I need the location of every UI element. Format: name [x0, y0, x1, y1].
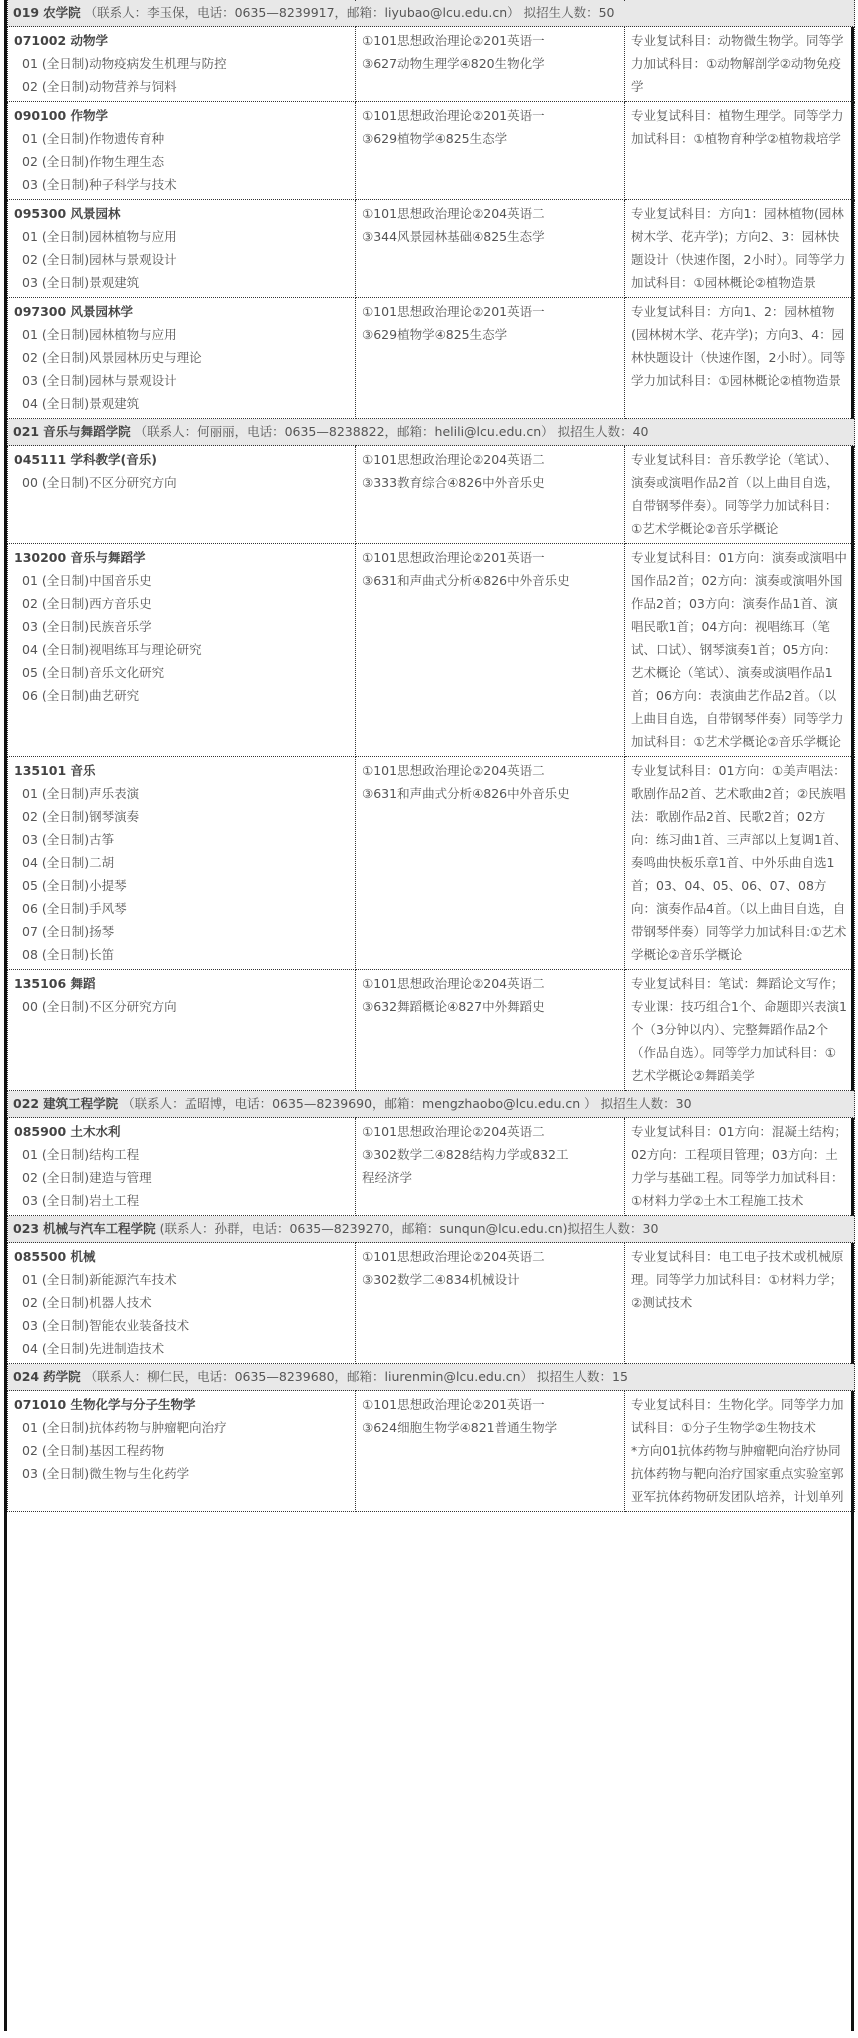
retest-subjects-cell: 专业复试科目：01方向：①美声唱法：歌剧作品2首、艺术歌曲2首；②民族唱法：歌剧…: [625, 757, 855, 970]
college-header: 023 机械与汽车工程学院 (联系人：孙群，电话：0635—8239270，邮箱…: [8, 1216, 855, 1243]
retest-subjects: 专业复试科目：方向1：园林植物(园林树木学、花卉学)；方向2、3：园林快题设计（…: [631, 206, 845, 290]
retest-subjects: 专业复试科目：植物生理学。同等学力加试科目：①植物育种学②植物栽培学: [631, 108, 844, 146]
research-directions: 01 (全日制)作物遗传育种02 (全日制)作物生理生态03 (全日制)种子科学…: [14, 127, 349, 196]
exam-subjects-cell: ①101思想政治理论②201英语一③629植物学④825生态学: [356, 102, 625, 200]
exam-subject-line: ①101思想政治理论②201英语一: [362, 546, 618, 569]
college-name: 建筑工程学院: [43, 1096, 118, 1111]
research-direction: 00 (全日制)不区分研究方向: [14, 995, 349, 1018]
major-title: 045111 学科教学(音乐): [14, 448, 349, 471]
retest-subjects: 专业复试科目：动物微生物学。同等学力加试科目：①动物解剖学②动物免疫学: [631, 33, 844, 94]
college-code: 024: [13, 1369, 39, 1384]
major-cell: 130200 音乐与舞蹈学 01 (全日制)中国音乐史02 (全日制)西方音乐史…: [8, 544, 356, 757]
research-direction: 04 (全日制)视唱练耳与理论研究: [14, 638, 349, 661]
college-header: 019 农学院 （联系人：李玉保，电话：0635—8239917，邮箱：liyu…: [8, 0, 855, 27]
exam-subject-line: ③302数学二④828结构力学或832工: [362, 1143, 618, 1166]
exam-subject-line: ③333教育综合④826中外音乐史: [362, 471, 618, 494]
exam-subjects-cell: ①101思想政治理论②204英语二③302数学二④828结构力学或832工程经济…: [356, 1118, 625, 1216]
exam-subject-line: ③631和声曲式分析④826中外音乐史: [362, 569, 618, 592]
exam-subjects-cell: ①101思想政治理论②201英语一③631和声曲式分析④826中外音乐史: [356, 544, 625, 757]
research-direction: 02 (全日制)基因工程药物: [14, 1439, 349, 1462]
college-header-row: 023 机械与汽车工程学院 (联系人：孙群，电话：0635—8239270，邮箱…: [8, 1216, 855, 1243]
retest-subjects-cell: 专业复试科目：植物生理学。同等学力加试科目：①植物育种学②植物栽培学: [625, 102, 855, 200]
college-name: 音乐与舞蹈学院: [43, 424, 131, 439]
admissions-table: 019 农学院 （联系人：李玉保，电话：0635—8239917，邮箱：liyu…: [7, 0, 855, 1512]
college-code: 019: [13, 5, 39, 20]
research-direction: 03 (全日制)智能农业装备技术: [14, 1314, 349, 1337]
exam-subject-line: ③631和声曲式分析④826中外音乐史: [362, 782, 618, 805]
major-row: 085500 机械 01 (全日制)新能源汽车技术02 (全日制)机器人技术03…: [8, 1243, 855, 1364]
major-cell: 097300 风景园林学 01 (全日制)园林植物与应用02 (全日制)风景园林…: [8, 298, 356, 419]
research-direction: 01 (全日制)园林植物与应用: [14, 225, 349, 248]
retest-subjects-cell: 专业复试科目：动物微生物学。同等学力加试科目：①动物解剖学②动物免疫学: [625, 27, 855, 102]
retest-subjects: 专业复试科目：生物化学。同等学力加试科目：①分子生物学②生物技术: [631, 1397, 844, 1435]
college-header: 024 药学院 （联系人：柳仁民，电话：0635—8239680，邮箱：liur…: [8, 1364, 855, 1391]
research-direction: 02 (全日制)西方音乐史: [14, 592, 349, 615]
research-direction: 02 (全日制)机器人技术: [14, 1291, 349, 1314]
research-direction: 03 (全日制)园林与景观设计: [14, 369, 349, 392]
college-contact-info: （联系人：何丽丽，电话：0635—8238822，邮箱：helili@lcu.e…: [131, 424, 649, 439]
retest-subjects: 专业复试科目：笔试：舞蹈论文写作；专业课：技巧组合1个、命题即兴表演1个（3分钟…: [631, 976, 847, 1083]
exam-subject-line: ③629植物学④825生态学: [362, 127, 618, 150]
admissions-catalog: 019 农学院 （联系人：李玉保，电话：0635—8239917，邮箱：liyu…: [4, 0, 855, 1512]
exam-subject-line: ①101思想政治理论②204英语二: [362, 759, 618, 782]
major-cell: 085900 土木水利 01 (全日制)结构工程02 (全日制)建造与管理03 …: [8, 1118, 356, 1216]
exam-subject-line: ③632舞蹈概论④827中外舞蹈史: [362, 995, 618, 1018]
major-row: 071010 生物化学与分子生物学 01 (全日制)抗体药物与肿瘤靶向治疗02 …: [8, 1391, 855, 1512]
retest-subjects-cell: 专业复试科目：电工电子技术或机械原理。同等学力加试科目：①材料力学；②测试技术: [625, 1243, 855, 1364]
college-header-row: 019 农学院 （联系人：李玉保，电话：0635—8239917，邮箱：liyu…: [8, 0, 855, 27]
exam-subjects-cell: ①101思想政治理论②201英语一③629植物学④825生态学: [356, 298, 625, 419]
research-directions: 01 (全日制)园林植物与应用02 (全日制)园林与景观设计03 (全日制)景观…: [14, 225, 349, 294]
major-title: 085500 机械: [14, 1245, 349, 1268]
exam-subject-line: ①101思想政治理论②204英语二: [362, 202, 618, 225]
retest-note: *方向01抗体药物与肿瘤靶向治疗协同抗体药物与靶向治疗国家重点实验室郭亚军抗体药…: [631, 1439, 848, 1508]
research-direction: 02 (全日制)动物营养与饲料: [14, 75, 349, 98]
exam-subjects-cell: ①101思想政治理论②201英语一③627动物生理学④820生物化学: [356, 27, 625, 102]
college-header: 021 音乐与舞蹈学院 （联系人：何丽丽，电话：0635—8238822，邮箱：…: [8, 419, 855, 446]
exam-subject-line: ①101思想政治理论②204英语二: [362, 972, 618, 995]
research-direction: 05 (全日制)音乐文化研究: [14, 661, 349, 684]
research-direction: 06 (全日制)曲艺研究: [14, 684, 349, 707]
college-name: 农学院: [43, 5, 81, 20]
research-direction: 04 (全日制)二胡: [14, 851, 349, 874]
college-code: 022: [13, 1096, 39, 1111]
research-directions: 01 (全日制)动物疫病发生机理与防控02 (全日制)动物营养与饲料: [14, 52, 349, 98]
research-directions: 01 (全日制)中国音乐史02 (全日制)西方音乐史03 (全日制)民族音乐学0…: [14, 569, 349, 707]
retest-subjects: 专业复试科目：01方向：演奏或演唱中国作品2首；02方向：演奏或演唱外国作品2首…: [631, 550, 847, 749]
retest-subjects-cell: 专业复试科目：01方向：演奏或演唱中国作品2首；02方向：演奏或演唱外国作品2首…: [625, 544, 855, 757]
major-row: 135101 音乐 01 (全日制)声乐表演02 (全日制)钢琴演奏03 (全日…: [8, 757, 855, 970]
research-direction: 04 (全日制)景观建筑: [14, 392, 349, 415]
major-cell: 071002 动物学 01 (全日制)动物疫病发生机理与防控02 (全日制)动物…: [8, 27, 356, 102]
exam-subject-line: ①101思想政治理论②204英语二: [362, 1245, 618, 1268]
major-cell: 135106 舞蹈 00 (全日制)不区分研究方向: [8, 970, 356, 1091]
major-title: 095300 风景园林: [14, 202, 349, 225]
major-title: 135101 音乐: [14, 759, 349, 782]
college-header-row: 022 建筑工程学院 （联系人：孟昭博，电话：0635—8239690，邮箱：m…: [8, 1091, 855, 1118]
research-directions: 01 (全日制)结构工程02 (全日制)建造与管理03 (全日制)岩土工程: [14, 1143, 349, 1212]
research-directions: 01 (全日制)园林植物与应用02 (全日制)风景园林历史与理论03 (全日制)…: [14, 323, 349, 415]
major-title: 071002 动物学: [14, 29, 349, 52]
college-header-row: 021 音乐与舞蹈学院 （联系人：何丽丽，电话：0635—8238822，邮箱：…: [8, 419, 855, 446]
exam-subjects-cell: ①101思想政治理论②204英语二③333教育综合④826中外音乐史: [356, 446, 625, 544]
college-code: 023: [13, 1221, 39, 1236]
major-title: 071010 生物化学与分子生物学: [14, 1393, 349, 1416]
major-cell: 135101 音乐 01 (全日制)声乐表演02 (全日制)钢琴演奏03 (全日…: [8, 757, 356, 970]
major-cell: 085500 机械 01 (全日制)新能源汽车技术02 (全日制)机器人技术03…: [8, 1243, 356, 1364]
research-direction: 05 (全日制)小提琴: [14, 874, 349, 897]
retest-subjects: 专业复试科目：01方向：混凝土结构；02方向：工程项目管理；03方向：土力学与基…: [631, 1124, 847, 1208]
retest-subjects-cell: 专业复试科目：方向1、2：园林植物(园林树木学、花卉学)；方向3、4：园林快题设…: [625, 298, 855, 419]
major-row: 135106 舞蹈 00 (全日制)不区分研究方向 ①101思想政治理论②204…: [8, 970, 855, 1091]
exam-subject-line: 程经济学: [362, 1166, 618, 1189]
major-title: 135106 舞蹈: [14, 972, 349, 995]
major-title: 085900 土木水利: [14, 1120, 349, 1143]
research-direction: 01 (全日制)声乐表演: [14, 782, 349, 805]
research-direction: 01 (全日制)园林植物与应用: [14, 323, 349, 346]
exam-subject-line: ①101思想政治理论②201英语一: [362, 104, 618, 127]
research-direction: 01 (全日制)中国音乐史: [14, 569, 349, 592]
college-name: 机械与汽车工程学院: [43, 1221, 156, 1236]
research-direction: 01 (全日制)结构工程: [14, 1143, 349, 1166]
research-direction: 03 (全日制)民族音乐学: [14, 615, 349, 638]
major-cell: 045111 学科教学(音乐) 00 (全日制)不区分研究方向: [8, 446, 356, 544]
major-row: 090100 作物学 01 (全日制)作物遗传育种02 (全日制)作物生理生态0…: [8, 102, 855, 200]
research-direction: 03 (全日制)古筝: [14, 828, 349, 851]
exam-subject-line: ③624细胞生物学④821普通生物学: [362, 1416, 618, 1439]
research-direction: 02 (全日制)作物生理生态: [14, 150, 349, 173]
research-direction: 03 (全日制)岩土工程: [14, 1189, 349, 1212]
college-contact-info: （联系人：柳仁民，电话：0635—8239680，邮箱：liurenmin@lc…: [81, 1369, 628, 1384]
retest-subjects: 专业复试科目：电工电子技术或机械原理。同等学力加试科目：①材料力学；②测试技术: [631, 1249, 844, 1310]
retest-subjects-cell: 专业复试科目：生物化学。同等学力加试科目：①分子生物学②生物技术 *方向01抗体…: [625, 1391, 855, 1512]
major-row: 095300 风景园林 01 (全日制)园林植物与应用02 (全日制)园林与景观…: [8, 200, 855, 298]
research-direction: 01 (全日制)作物遗传育种: [14, 127, 349, 150]
exam-subject-line: ①101思想政治理论②201英语一: [362, 29, 618, 52]
major-row: 097300 风景园林学 01 (全日制)园林植物与应用02 (全日制)风景园林…: [8, 298, 855, 419]
college-header-row: 024 药学院 （联系人：柳仁民，电话：0635—8239680，邮箱：liur…: [8, 1364, 855, 1391]
college-contact-info: （联系人：李玉保，电话：0635—8239917，邮箱：liyubao@lcu.…: [81, 5, 615, 20]
research-direction: 08 (全日制)长笛: [14, 943, 349, 966]
retest-subjects-cell: 专业复试科目：方向1：园林植物(园林树木学、花卉学)；方向2、3：园林快题设计（…: [625, 200, 855, 298]
research-directions: 01 (全日制)新能源汽车技术02 (全日制)机器人技术03 (全日制)智能农业…: [14, 1268, 349, 1360]
major-row: 045111 学科教学(音乐) 00 (全日制)不区分研究方向 ①101思想政治…: [8, 446, 855, 544]
major-row: 085900 土木水利 01 (全日制)结构工程02 (全日制)建造与管理03 …: [8, 1118, 855, 1216]
research-direction: 02 (全日制)风景园林历史与理论: [14, 346, 349, 369]
retest-subjects: 专业复试科目：音乐教学论（笔试）、演奏或演唱作品2首（以上曲目自选，自带钢琴伴奏…: [631, 452, 839, 536]
research-direction: 04 (全日制)先进制造技术: [14, 1337, 349, 1360]
exam-subjects-cell: ①101思想政治理论②204英语二③632舞蹈概论④827中外舞蹈史: [356, 970, 625, 1091]
exam-subjects-cell: ①101思想政治理论②204英语二③631和声曲式分析④826中外音乐史: [356, 757, 625, 970]
college-contact-info: （联系人：孟昭博，电话：0635—8239690，邮箱：mengzhaobo@l…: [118, 1096, 691, 1111]
major-cell: 071010 生物化学与分子生物学 01 (全日制)抗体药物与肿瘤靶向治疗02 …: [8, 1391, 356, 1512]
exam-subject-line: ①101思想政治理论②201英语一: [362, 1393, 618, 1416]
college-header: 022 建筑工程学院 （联系人：孟昭博，电话：0635—8239690，邮箱：m…: [8, 1091, 855, 1118]
retest-subjects: 专业复试科目：方向1、2：园林植物(园林树木学、花卉学)；方向3、4：园林快题设…: [631, 304, 845, 388]
exam-subject-line: ③629植物学④825生态学: [362, 323, 618, 346]
research-direction: 01 (全日制)抗体药物与肿瘤靶向治疗: [14, 1416, 349, 1439]
college-code: 021: [13, 424, 39, 439]
exam-subjects-cell: ①101思想政治理论②204英语二③302数学二④834机械设计: [356, 1243, 625, 1364]
research-direction: 03 (全日制)微生物与生化药学: [14, 1462, 349, 1485]
research-direction: 06 (全日制)手风琴: [14, 897, 349, 920]
major-cell: 095300 风景园林 01 (全日制)园林植物与应用02 (全日制)园林与景观…: [8, 200, 356, 298]
exam-subject-line: ①101思想政治理论②204英语二: [362, 448, 618, 471]
retest-subjects-cell: 专业复试科目：音乐教学论（笔试）、演奏或演唱作品2首（以上曲目自选，自带钢琴伴奏…: [625, 446, 855, 544]
exam-subject-line: ③627动物生理学④820生物化学: [362, 52, 618, 75]
major-title: 097300 风景园林学: [14, 300, 349, 323]
retest-subjects-cell: 专业复试科目：笔试：舞蹈论文写作；专业课：技巧组合1个、命题即兴表演1个（3分钟…: [625, 970, 855, 1091]
research-direction: 02 (全日制)园林与景观设计: [14, 248, 349, 271]
major-row: 071002 动物学 01 (全日制)动物疫病发生机理与防控02 (全日制)动物…: [8, 27, 855, 102]
research-directions: 01 (全日制)抗体药物与肿瘤靶向治疗02 (全日制)基因工程药物03 (全日制…: [14, 1416, 349, 1485]
major-row: 130200 音乐与舞蹈学 01 (全日制)中国音乐史02 (全日制)西方音乐史…: [8, 544, 855, 757]
college-contact-info: (联系人：孙群，电话：0635—8239270，邮箱：sunqun@lcu.ed…: [156, 1221, 659, 1236]
research-directions: 00 (全日制)不区分研究方向: [14, 471, 349, 494]
college-name: 药学院: [43, 1369, 81, 1384]
research-directions: 01 (全日制)声乐表演02 (全日制)钢琴演奏03 (全日制)古筝04 (全日…: [14, 782, 349, 966]
research-direction: 01 (全日制)动物疫病发生机理与防控: [14, 52, 349, 75]
research-direction: 02 (全日制)钢琴演奏: [14, 805, 349, 828]
research-directions: 00 (全日制)不区分研究方向: [14, 995, 349, 1018]
retest-subjects-cell: 专业复试科目：01方向：混凝土结构；02方向：工程项目管理；03方向：土力学与基…: [625, 1118, 855, 1216]
retest-subjects: 专业复试科目：01方向：①美声唱法：歌剧作品2首、艺术歌曲2首；②民族唱法：歌剧…: [631, 763, 847, 962]
research-direction: 02 (全日制)建造与管理: [14, 1166, 349, 1189]
exam-subjects-cell: ①101思想政治理论②204英语二③344风景园林基础④825生态学: [356, 200, 625, 298]
exam-subject-line: ①101思想政治理论②204英语二: [362, 1120, 618, 1143]
exam-subject-line: ①101思想政治理论②201英语一: [362, 300, 618, 323]
exam-subject-line: ③302数学二④834机械设计: [362, 1268, 618, 1291]
exam-subject-line: ③344风景园林基础④825生态学: [362, 225, 618, 248]
exam-subjects-cell: ①101思想政治理论②201英语一③624细胞生物学④821普通生物学: [356, 1391, 625, 1512]
research-direction: 03 (全日制)景观建筑: [14, 271, 349, 294]
major-title: 090100 作物学: [14, 104, 349, 127]
research-direction: 03 (全日制)种子科学与技术: [14, 173, 349, 196]
research-direction: 01 (全日制)新能源汽车技术: [14, 1268, 349, 1291]
research-direction: 07 (全日制)扬琴: [14, 920, 349, 943]
major-title: 130200 音乐与舞蹈学: [14, 546, 349, 569]
research-direction: 00 (全日制)不区分研究方向: [14, 471, 349, 494]
major-cell: 090100 作物学 01 (全日制)作物遗传育种02 (全日制)作物生理生态0…: [8, 102, 356, 200]
